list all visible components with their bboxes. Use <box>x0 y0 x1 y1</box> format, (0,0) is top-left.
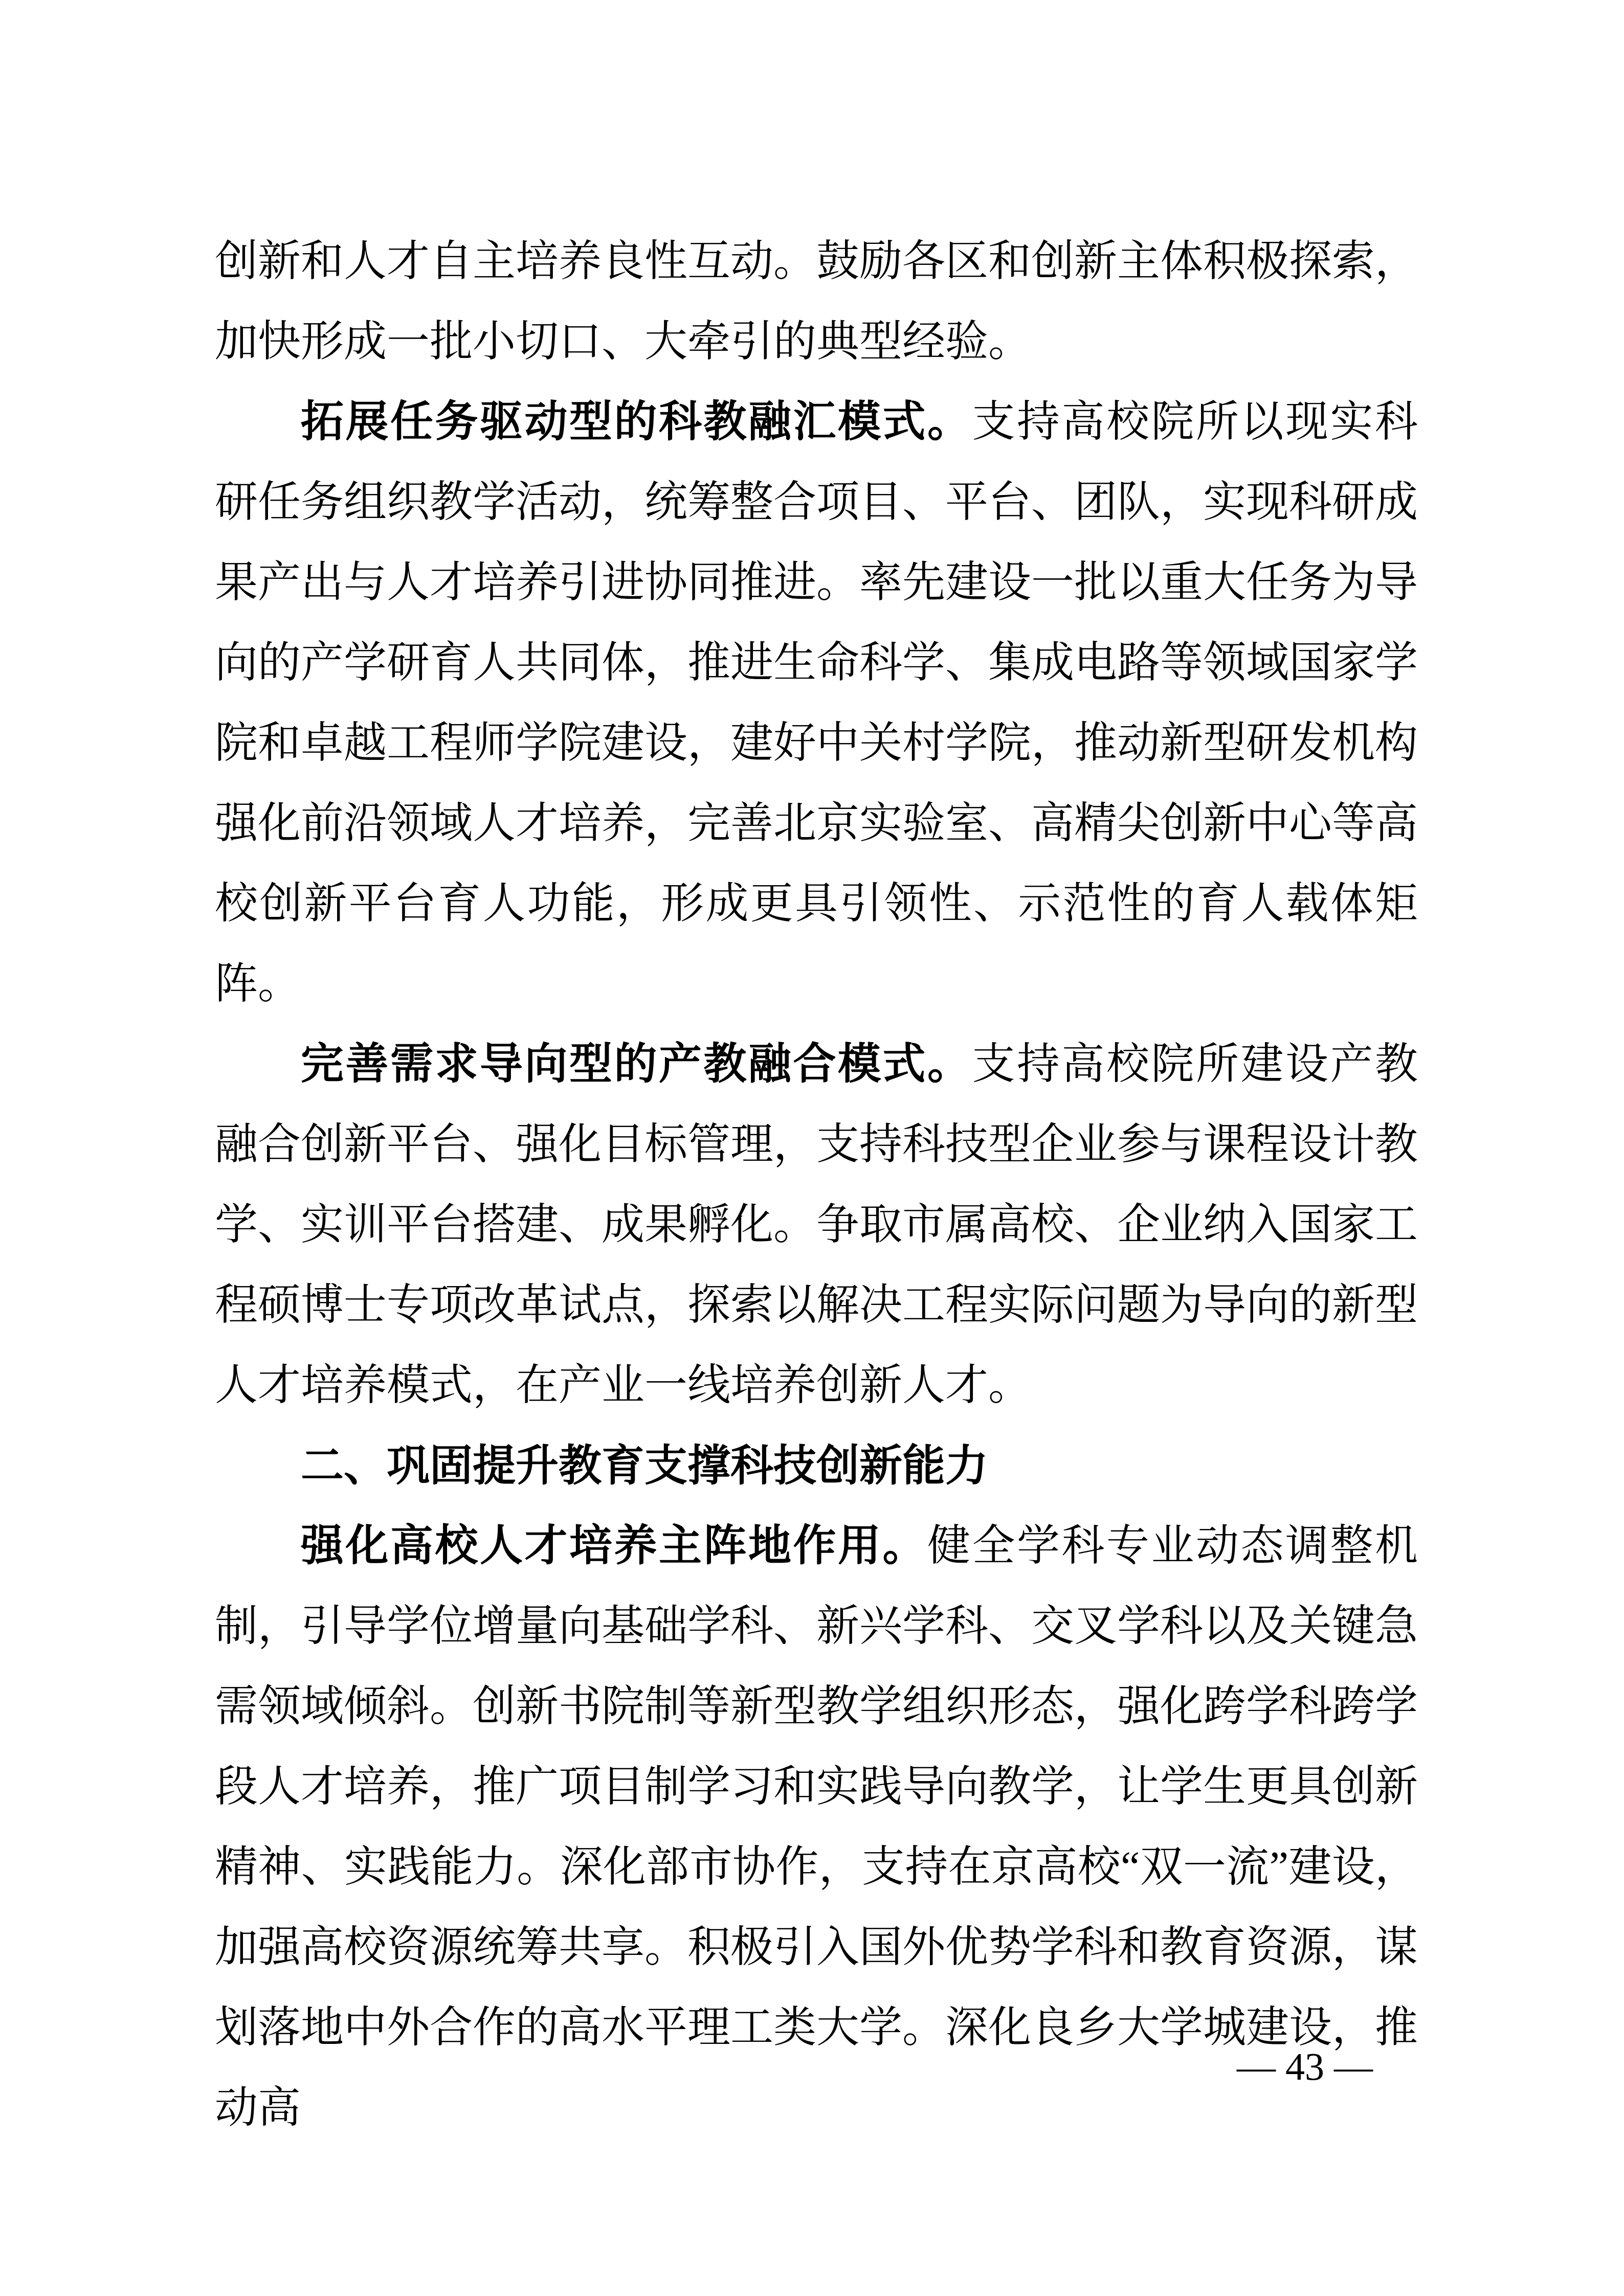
paragraph-text: 创新和人才自主培养良性互动。鼓励各区和创新主体积极探索，加快形成一批小切口、大牵… <box>215 238 1418 366</box>
paragraph: 完善需求导向型的产教融合模式。支持高校院所建设产教融合创新平台、强化目标管理，支… <box>215 1024 1418 1426</box>
document-body: 创新和人才自主培养良性互动。鼓励各区和创新主体积极探索，加快形成一批小切口、大牵… <box>215 221 1418 2148</box>
page-number: — 43 — <box>1237 2029 1373 2105</box>
paragraph-lead: 拓展任务驱动型的科教融汇模式。 <box>301 398 972 446</box>
paragraph-lead: 完善需求导向型的产教融合模式。 <box>301 1041 972 1088</box>
paragraph: 拓展任务驱动型的科教融汇模式。支持高校院所以现实科研任务组织教学活动，统筹整合项… <box>215 382 1418 1024</box>
paragraph-lead: 强化高校人才培养主阵地作用。 <box>301 1522 927 1570</box>
document-page: 创新和人才自主培养良性互动。鼓励各区和创新主体积极探索，加快形成一批小切口、大牵… <box>0 0 1624 2296</box>
paragraph-text: 支持高校院所以现实科研任务组织教学活动，统筹整合项目、平台、团队，实现科研成果产… <box>215 398 1418 1008</box>
paragraph-text: 二、巩固提升教育支撑科技创新能力 <box>301 1442 988 1490</box>
section-heading: 二、巩固提升教育支撑科技创新能力 <box>215 1426 1418 1506</box>
paragraph: 创新和人才自主培养良性互动。鼓励各区和创新主体积极探索，加快形成一批小切口、大牵… <box>215 221 1418 382</box>
paragraph-text: 支持高校院所建设产教融合创新平台、强化目标管理，支持科技型企业参与课程设计教学、… <box>215 1041 1418 1409</box>
